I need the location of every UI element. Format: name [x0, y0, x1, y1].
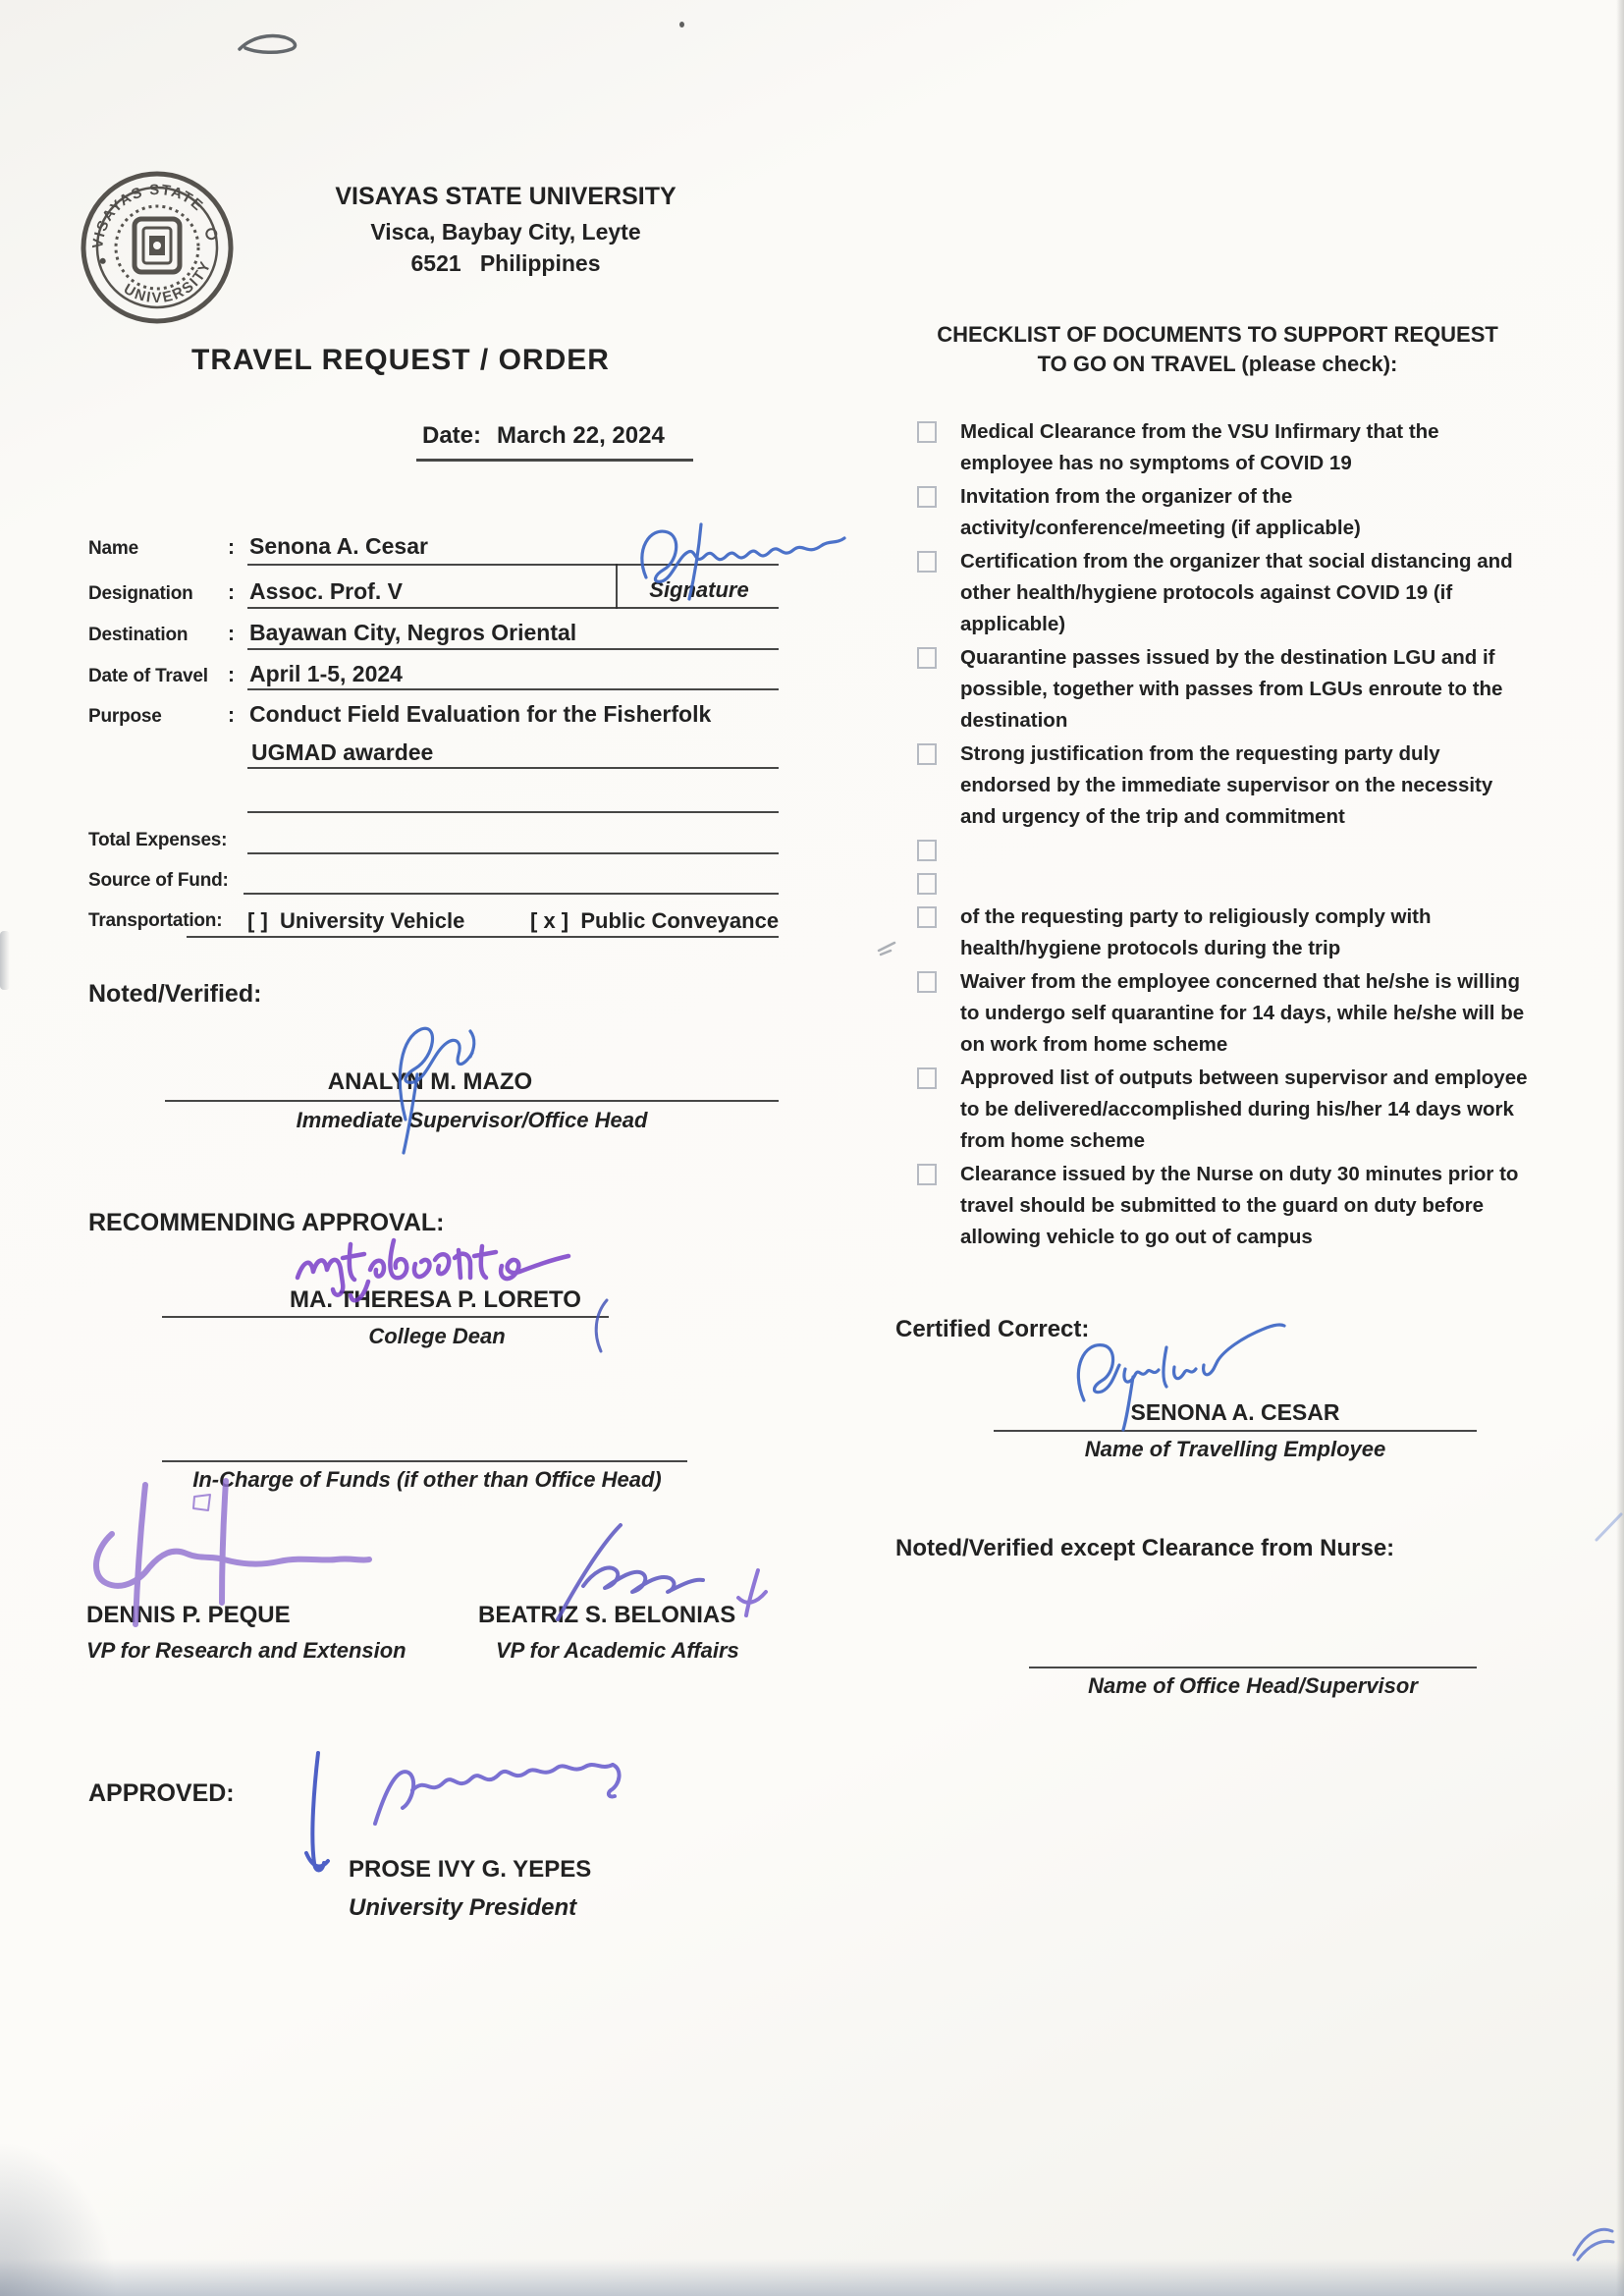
checklist-item-empty: [917, 868, 1534, 900]
total-expenses-label: Total Expenses:: [88, 830, 227, 851]
checklist-item: Clearance issued by the Nurse on duty 30…: [917, 1159, 1534, 1253]
approved-label: APPROVED:: [88, 1779, 235, 1808]
purpose-underline: [247, 767, 779, 769]
peque-signature: [79, 1473, 388, 1632]
office-head-underline: [1029, 1667, 1477, 1668]
bottom-scan-band: [0, 2259, 1624, 2296]
president-title: University President: [349, 1894, 576, 1922]
checkbox-icon: [917, 743, 937, 765]
date-row: Date: March 22, 2024: [422, 422, 665, 450]
letterhead: VISAYAS STATE UNIVERSITY Visca, Baybay C…: [295, 183, 717, 277]
name-value: Senona A. Cesar: [249, 533, 428, 560]
mazo-signature: [368, 1013, 501, 1156]
total-expenses-underline: [247, 852, 779, 854]
university-name: VISAYAS STATE UNIVERSITY: [295, 183, 717, 211]
field-row-destination: Destination : Bayawan City, Negros Orien…: [88, 620, 576, 646]
paperclip-mark: [238, 31, 306, 61]
noted-verified-label: Noted/Verified:: [88, 980, 261, 1009]
designation-underline: [247, 607, 779, 609]
checkbox-icon: [917, 906, 937, 928]
yepes-signature: [295, 1743, 668, 1886]
loreto-signature: [290, 1221, 579, 1311]
transportation-underline: [187, 936, 779, 938]
source-of-fund-underline: [244, 893, 779, 895]
designation-value: Assoc. Prof. V: [249, 578, 403, 605]
checklist-section: CHECKLIST OF DOCUMENTS TO SUPPORT REQUES…: [901, 320, 1534, 1255]
date-value: March 22, 2024: [497, 422, 665, 450]
university-address-line2: 6521 Philippines: [295, 250, 717, 277]
transportation-label: Transportation:: [88, 910, 222, 932]
checklist-title-line1: CHECKLIST OF DOCUMENTS TO SUPPORT REQUES…: [901, 320, 1534, 350]
destination-label: Destination: [88, 625, 228, 646]
name-label: Name: [88, 538, 228, 560]
checkbox-icon: [917, 1067, 937, 1089]
form-title: TRAVEL REQUEST / ORDER: [191, 344, 610, 377]
office-head-title: Name of Office Head/Supervisor: [1029, 1673, 1477, 1699]
checkbox-icon: [917, 486, 937, 508]
field-row-purpose: Purpose : Conduct Field Evaluation for t…: [88, 701, 711, 728]
checklist-item: Medical Clearance from the VSU Infirmary…: [917, 416, 1534, 479]
transport-option-public: [ x ] Public Conveyance: [530, 908, 779, 934]
purpose-label: Purpose: [88, 706, 228, 728]
dean-title: College Dean: [162, 1324, 712, 1349]
checklist-item: of the requesting party to religiously c…: [917, 902, 1534, 964]
cesar-signature-top: [628, 517, 849, 603]
destination-value: Bayawan City, Negros Oriental: [249, 620, 576, 646]
belonias-signature: [540, 1517, 781, 1633]
travel-date-underline: [247, 688, 779, 690]
checkbox-icon: [917, 1164, 937, 1185]
dean-underline: [162, 1316, 609, 1318]
date-underline: [416, 459, 693, 462]
designation-label: Designation: [88, 583, 228, 605]
travel-date-value: April 1-5, 2024: [249, 661, 403, 687]
left-edge-smudge: [0, 931, 10, 990]
vp-academic-title: VP for Academic Affairs: [496, 1638, 739, 1664]
field-row-name: Name : Senona A. Cesar: [88, 533, 428, 560]
noted-except-nurse-label: Noted/Verified except Clearance from Nur…: [895, 1535, 1394, 1562]
checkbox-icon: [917, 647, 937, 669]
checkbox-icon: [917, 971, 937, 993]
loreto-paren-mark: [585, 1294, 615, 1355]
travel-date-label: Date of Travel: [88, 666, 228, 687]
university-address-line1: Visca, Baybay City, Leyte: [295, 219, 717, 246]
date-label: Date:: [422, 422, 481, 450]
checklist-item: Approved list of outputs between supervi…: [917, 1063, 1534, 1157]
checklist-items: Medical Clearance from the VSU Infirmary…: [901, 416, 1534, 1253]
checklist-item: Quarantine passes issued by the destinat…: [917, 642, 1534, 737]
right-edge-strip: [1616, 0, 1624, 2296]
field-row-travel-date: Date of Travel : April 1-5, 2024: [88, 661, 403, 687]
cesar-signature-right: [1060, 1318, 1291, 1438]
checkbox-icon: [917, 840, 937, 861]
university-seal: VISAYAS STATE UNIVERSITY: [79, 169, 236, 326]
travelling-employee-title: Name of Travelling Employee: [994, 1437, 1477, 1462]
bottom-left-shadow: [0, 2141, 118, 2296]
checklist-item: Certification from the organizer that so…: [917, 546, 1534, 640]
source-of-fund-label: Source of Fund:: [88, 870, 229, 892]
checkbox-icon: [917, 551, 937, 573]
destination-underline: [247, 648, 779, 650]
checklist-title-line2: TO GO ON TRAVEL (please check):: [901, 350, 1534, 379]
field-row-designation: Designation : Assoc. Prof. V: [88, 578, 403, 605]
funds-incharge-underline: [162, 1460, 687, 1462]
checkbox-icon: [917, 421, 937, 443]
margin-pencil-mark: [877, 935, 902, 957]
purpose-value-line2: UGMAD awardee: [251, 739, 433, 766]
vp-research-title: VP for Research and Extension: [86, 1638, 406, 1664]
scanned-travel-request-document: VISAYAS STATE UNIVERSITY VISAYAS STATE U…: [0, 0, 1624, 2296]
blank-underline: [247, 811, 779, 813]
right-edge-ink-mark: [1595, 1510, 1624, 1544]
bottom-right-ink-mark: [1569, 2215, 1618, 2263]
checklist-item: Invitation from the organizer of the act…: [917, 481, 1534, 544]
checklist-item-empty: [917, 835, 1534, 866]
transport-option-university: [ ] University Vehicle: [247, 908, 464, 934]
checklist-item: Strong justification from the requesting…: [917, 738, 1534, 833]
checklist-item: Waiver from the employee concerned that …: [917, 966, 1534, 1061]
signature-box-divider: [616, 564, 618, 609]
purpose-value: Conduct Field Evaluation for the Fisherf…: [249, 701, 711, 728]
checkbox-icon: [917, 873, 937, 895]
ink-dot: [679, 22, 684, 27]
